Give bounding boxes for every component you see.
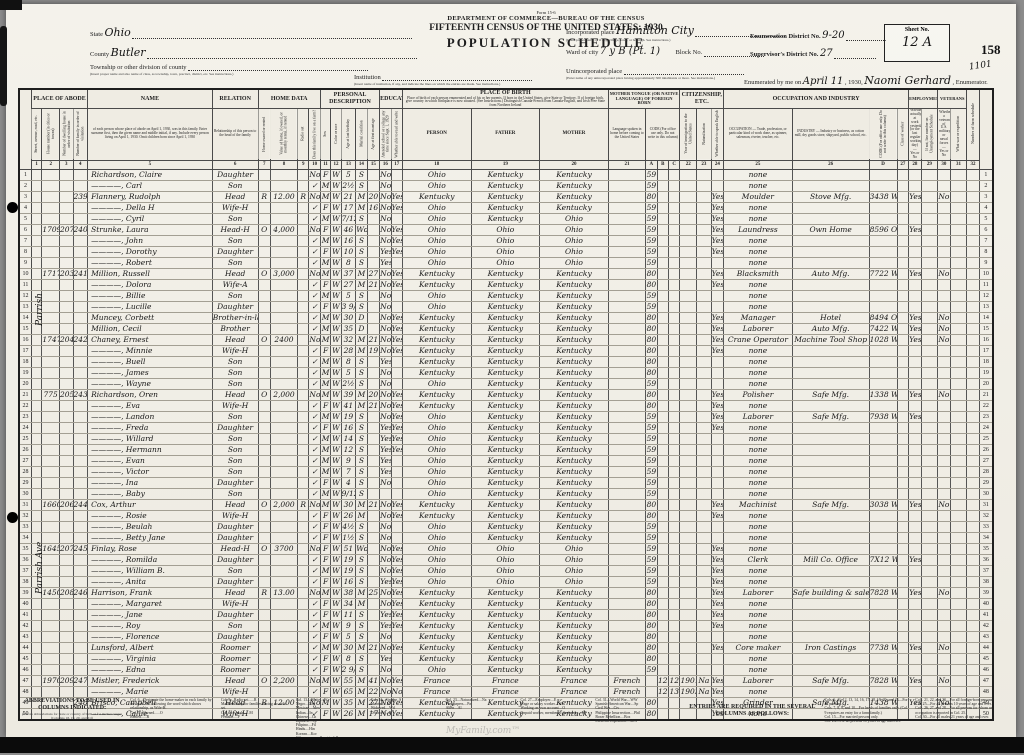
- cell: [909, 653, 921, 664]
- cell: [73, 609, 88, 620]
- cell: [869, 609, 897, 620]
- cell: [680, 488, 697, 499]
- cell: 775: [42, 389, 60, 400]
- punch-hole-bottom: [7, 512, 18, 523]
- cell: [680, 521, 697, 532]
- cell: Son: [212, 213, 258, 224]
- cell: [897, 301, 908, 312]
- cell: 24: [19, 422, 31, 433]
- cell: W: [331, 510, 341, 521]
- cell: 29: [19, 477, 31, 488]
- cell: Yes: [391, 323, 402, 334]
- cell: [697, 389, 712, 400]
- cell: [680, 224, 697, 235]
- cell: 80: [646, 389, 657, 400]
- cell: [938, 180, 950, 191]
- column-header: 25: [724, 160, 793, 169]
- cell: [909, 235, 921, 246]
- cell: French: [608, 675, 645, 686]
- cell: [792, 576, 869, 587]
- cell: Ohio: [471, 235, 540, 246]
- cell: F: [320, 477, 330, 488]
- cell: [921, 312, 938, 323]
- abbreviations-title: ABBREVIATIONS TO BE USED IN COLUMNS INDI…: [20, 698, 124, 740]
- cell: none: [724, 235, 793, 246]
- cell: Safe building & sales: [792, 587, 869, 598]
- cell: ————, Ina: [88, 477, 213, 488]
- cell: [950, 378, 967, 389]
- cell: [938, 257, 950, 268]
- cell: [31, 345, 41, 356]
- cell: [680, 378, 697, 389]
- cell: Kentucky: [471, 653, 540, 664]
- cell: 1709: [42, 224, 60, 235]
- cell: ✓: [309, 554, 320, 565]
- cell: [869, 279, 897, 290]
- cell: M: [320, 323, 330, 334]
- cell: Son: [212, 620, 258, 631]
- table-row: 46————, EdnaRoomer✓FW2 9/12SNoOhioKentuc…: [19, 664, 993, 675]
- cell: Kentucky: [471, 532, 540, 543]
- cell: [897, 466, 908, 477]
- cell: France: [540, 686, 609, 697]
- cell: [297, 389, 308, 400]
- cell: [657, 334, 668, 345]
- column-header: Relationship of this person to the head …: [212, 108, 258, 160]
- cell: [608, 191, 645, 202]
- cell: [897, 213, 908, 224]
- cell: 31: [979, 499, 993, 510]
- cell: [909, 356, 921, 367]
- cell: ✓: [309, 631, 320, 642]
- cell: Ohio: [402, 257, 471, 268]
- cell: 7828 W: [869, 587, 897, 598]
- cell: Daughter: [212, 631, 258, 642]
- cell: [73, 312, 88, 323]
- cell: [921, 598, 938, 609]
- cell: [31, 620, 41, 631]
- cell: [921, 422, 938, 433]
- cell: [869, 565, 897, 576]
- cell: [967, 653, 979, 664]
- scan-edge-smudge: [0, 26, 7, 106]
- cell: W: [331, 609, 341, 620]
- cell: M: [320, 213, 330, 224]
- cell: [680, 554, 697, 565]
- cell: [657, 521, 668, 532]
- table-row: 351645207245Finlay, RoseHead-HO3700NoFW5…: [19, 543, 993, 554]
- cell: [42, 422, 60, 433]
- cell: [950, 609, 967, 620]
- cell: [42, 521, 60, 532]
- cell: M: [320, 411, 330, 422]
- cell: [921, 642, 938, 653]
- cell: [967, 642, 979, 653]
- cell: [297, 466, 308, 477]
- cell: [297, 169, 308, 180]
- cell: [297, 290, 308, 301]
- cell: M: [320, 499, 330, 510]
- cell: [657, 180, 668, 191]
- cell: Head-H: [212, 543, 258, 554]
- cell: [909, 367, 921, 378]
- cell: [270, 279, 297, 290]
- cell: Yes: [711, 345, 723, 356]
- cell: Kentucky: [471, 345, 540, 356]
- cell: ————, Jane: [88, 609, 213, 620]
- cell: [367, 213, 380, 224]
- cell: [792, 488, 869, 499]
- cell: Ohio: [471, 246, 540, 257]
- cell: Yes: [380, 576, 391, 587]
- cell: Polisher: [724, 389, 793, 400]
- cell: 207: [60, 224, 74, 235]
- cell: [909, 532, 921, 543]
- cell: Kentucky: [471, 587, 540, 598]
- cell: 2: [979, 180, 993, 191]
- cell: [909, 345, 921, 356]
- cell: W: [331, 279, 341, 290]
- cell: 16: [367, 202, 380, 213]
- cell: Kentucky: [471, 312, 540, 323]
- cell: 16: [979, 334, 993, 345]
- cell: [270, 345, 297, 356]
- cell: Yes: [711, 213, 723, 224]
- column-header: Attended school or college any time sinc…: [380, 108, 391, 160]
- cell: [792, 455, 869, 466]
- cell: [270, 213, 297, 224]
- cell: [967, 301, 979, 312]
- cell: [668, 455, 679, 466]
- cell: [42, 510, 60, 521]
- cell: ✓: [309, 510, 320, 521]
- cell: [711, 301, 723, 312]
- table-row: 44Lunsford, AlbertRoomer✓MW30M21NoYesKen…: [19, 642, 993, 653]
- township-label: Township or other division of county: [90, 64, 187, 71]
- cell: [657, 510, 668, 521]
- cell: O: [258, 224, 270, 235]
- cell: 24: [979, 422, 993, 433]
- cell: Yes: [909, 191, 921, 202]
- cell: [697, 279, 712, 290]
- column-header: 14: [356, 160, 367, 169]
- column-header: Street, avenue, road, etc.: [31, 108, 41, 160]
- cell: Wife-H: [212, 202, 258, 213]
- cell: [967, 455, 979, 466]
- cell: [367, 257, 380, 268]
- cell: [869, 521, 897, 532]
- cell: [869, 488, 897, 499]
- cell: 80: [646, 620, 657, 631]
- cell: [657, 466, 668, 477]
- cell: Ohio: [471, 543, 540, 554]
- cell: W: [331, 587, 341, 598]
- cell: [869, 400, 897, 411]
- cell: [73, 257, 88, 268]
- cell: [608, 257, 645, 268]
- cell: [792, 235, 869, 246]
- cell: [967, 334, 979, 345]
- cell: 47: [979, 675, 993, 686]
- cell: [697, 202, 712, 213]
- cell: [869, 510, 897, 521]
- cell: France: [471, 675, 540, 686]
- column-header: Number of dwelling house in order of vis…: [60, 108, 74, 160]
- cell: [909, 444, 921, 455]
- cell: [792, 609, 869, 620]
- cell: [270, 642, 297, 653]
- cell: 2½: [341, 180, 356, 191]
- cell: [60, 631, 74, 642]
- cell: ✓: [309, 609, 320, 620]
- cell: ————, Eva: [88, 400, 213, 411]
- cell: Kentucky: [471, 334, 540, 345]
- cell: 5: [979, 213, 993, 224]
- ward-value: 7 y B (Pt. 1): [600, 46, 660, 57]
- cell: Ohio: [402, 664, 471, 675]
- cell: [668, 664, 679, 675]
- cell: [297, 675, 308, 686]
- cell: Daughter: [212, 169, 258, 180]
- cell: [73, 653, 88, 664]
- cell: 59: [646, 378, 657, 389]
- column-header: 12: [331, 160, 341, 169]
- cell: M: [320, 356, 330, 367]
- cell: 8: [19, 246, 31, 257]
- cell: [297, 620, 308, 631]
- cell: [680, 202, 697, 213]
- cell: [31, 675, 41, 686]
- cell: F: [320, 521, 330, 532]
- cell: F: [320, 554, 330, 565]
- cell: Head: [212, 191, 258, 202]
- cell: [938, 609, 950, 620]
- table-row: 3239Flannery, RudolphHeadR12.00RNoMW21M2…: [19, 191, 993, 202]
- cell: W: [331, 653, 341, 664]
- column-header: 21: [608, 160, 645, 169]
- cell: ————, John: [88, 235, 213, 246]
- cell: [897, 565, 908, 576]
- cell: Kentucky: [471, 521, 540, 532]
- cell: [909, 169, 921, 180]
- cell: 41: [19, 609, 31, 620]
- cell: [938, 169, 950, 180]
- cell: Yes: [909, 323, 921, 334]
- table-row: 13————, LucilleDaughter✓FW3 9/12SNoOhioK…: [19, 301, 993, 312]
- cell: Core maker: [724, 642, 793, 653]
- cell: Yes: [391, 202, 402, 213]
- cell: [73, 532, 88, 543]
- cell: Na: [697, 686, 712, 697]
- cell: [950, 488, 967, 499]
- cell: 21: [367, 499, 380, 510]
- cell: [608, 224, 645, 235]
- block-label: Block No.: [676, 49, 703, 56]
- cell: 48: [19, 686, 31, 697]
- cell: ————, Landon: [88, 411, 213, 422]
- cell: [897, 609, 908, 620]
- table-row: 25————, WillardSon✓MW14SYesYesOhioKentuc…: [19, 433, 993, 444]
- cell: [367, 543, 380, 554]
- cell: [921, 620, 938, 631]
- cell: ————, Beulah: [88, 521, 213, 532]
- cell: [869, 213, 897, 224]
- cell: [680, 180, 697, 191]
- cell: ✓: [309, 323, 320, 334]
- cell: [967, 367, 979, 378]
- cell: Yes: [711, 675, 723, 686]
- table-row: 38————, AnitaDaughter✓FW16SYesYesOhioOhi…: [19, 576, 993, 587]
- cell: O: [258, 499, 270, 510]
- cell: [42, 169, 60, 180]
- cell: [608, 169, 645, 180]
- cell: ✓: [309, 642, 320, 653]
- cell: [697, 334, 712, 345]
- cell: none: [724, 257, 793, 268]
- cell: Head: [212, 587, 258, 598]
- column-header: VETERANS: [938, 89, 967, 108]
- cell: Daughter: [212, 477, 258, 488]
- cell: Yes: [909, 675, 921, 686]
- cell: [668, 213, 679, 224]
- column-header: 1: [31, 160, 41, 169]
- cell: [608, 455, 645, 466]
- cell: Daughter: [212, 576, 258, 587]
- cell: France: [540, 675, 609, 686]
- cell: [258, 642, 270, 653]
- cell: [608, 664, 645, 675]
- enumerated-label: Enumerated by me on: [744, 79, 801, 86]
- cell: No: [380, 554, 391, 565]
- cell: none: [724, 598, 793, 609]
- cell: Yes: [391, 444, 402, 455]
- cell: Kentucky: [471, 411, 540, 422]
- cell: 245: [73, 543, 88, 554]
- cell: 30: [341, 499, 356, 510]
- cell: [967, 631, 979, 642]
- cell: 38: [979, 576, 993, 587]
- enumerated-date: April 11: [803, 76, 844, 87]
- cell: [668, 301, 679, 312]
- cell: Yes: [909, 499, 921, 510]
- cell: 1970: [42, 675, 60, 686]
- cell: F: [320, 202, 330, 213]
- cell: Hotel: [792, 312, 869, 323]
- cell: W: [331, 411, 341, 422]
- cell: 4: [19, 202, 31, 213]
- cell: W: [331, 334, 341, 345]
- cell: W: [331, 213, 341, 224]
- cell: [921, 686, 938, 697]
- cell: [668, 532, 679, 543]
- column-header: EMPLOYMENT: [909, 89, 938, 108]
- cell: Head: [212, 268, 258, 279]
- column-header: What war or expedition: [950, 108, 967, 160]
- cell: [869, 246, 897, 257]
- cell: [668, 510, 679, 521]
- cell: Chaney, Ernest: [88, 334, 213, 345]
- cell: [967, 268, 979, 279]
- cell: Daughter: [212, 246, 258, 257]
- cell: [668, 367, 679, 378]
- abbrev-col-7: Col. 31—World War....WW Spanish-American…: [595, 698, 680, 740]
- cell: 9: [19, 257, 31, 268]
- cell: 246: [73, 587, 88, 598]
- state-field: State Ohio: [90, 26, 412, 39]
- cell: [657, 301, 668, 312]
- column-header: 2: [42, 160, 60, 169]
- cell: 2,000: [270, 389, 297, 400]
- cell: Kentucky: [471, 488, 540, 499]
- table-row: 21775205243Richardson, OrenHeadO2,000NoM…: [19, 389, 993, 400]
- cell: ————, Anita: [88, 576, 213, 587]
- cell: [657, 323, 668, 334]
- cell: S: [356, 620, 367, 631]
- cell: [657, 631, 668, 642]
- cell: [697, 356, 712, 367]
- cell: Kentucky: [402, 499, 471, 510]
- incorporated-label: Incorporated place: [566, 29, 615, 36]
- cell: [42, 664, 60, 675]
- cell: [297, 444, 308, 455]
- cell: [967, 389, 979, 400]
- cell: 3,000: [270, 268, 297, 279]
- cell: [297, 510, 308, 521]
- cell: [967, 576, 979, 587]
- cell: [869, 653, 897, 664]
- cell: none: [724, 532, 793, 543]
- cell: 8: [341, 653, 356, 664]
- cell: [73, 631, 88, 642]
- cell: Kentucky: [540, 180, 609, 191]
- cell: [60, 686, 74, 697]
- table-row: 20————, WayneSon✓MW2½SNoOhioKentuckyKent…: [19, 378, 993, 389]
- table-row: 1Richardson, ClaireDaughterNoFW5SNoOhioK…: [19, 169, 993, 180]
- cell: [31, 422, 41, 433]
- cell: Roomer: [212, 653, 258, 664]
- cell: [869, 466, 897, 477]
- cell: [608, 202, 645, 213]
- cell: 10: [979, 268, 993, 279]
- cell: Yes: [711, 323, 723, 334]
- cell: [897, 664, 908, 675]
- cell: [921, 334, 938, 345]
- column-header: OCCUPATION AND INDUSTRY: [724, 89, 909, 108]
- cell: [697, 631, 712, 642]
- cell: none: [724, 279, 793, 290]
- cell: [697, 532, 712, 543]
- cell: [950, 202, 967, 213]
- cell: Kentucky: [402, 367, 471, 378]
- cell: [897, 400, 908, 411]
- cell: 242: [73, 334, 88, 345]
- cell: [921, 268, 938, 279]
- cell: [950, 521, 967, 532]
- cell: [608, 345, 645, 356]
- cell: [950, 345, 967, 356]
- cell: [938, 411, 950, 422]
- cell: [967, 466, 979, 477]
- punch-hole-top: [7, 202, 18, 213]
- cell: [921, 565, 938, 576]
- cell: S: [356, 246, 367, 257]
- cell: 43: [979, 631, 993, 642]
- cell: [258, 598, 270, 609]
- abbrev-col-6: Col. 27—Employer....E Wage or salary wor…: [520, 698, 589, 740]
- cell: [697, 312, 712, 323]
- cell: 10: [341, 246, 356, 257]
- cell: [608, 587, 645, 598]
